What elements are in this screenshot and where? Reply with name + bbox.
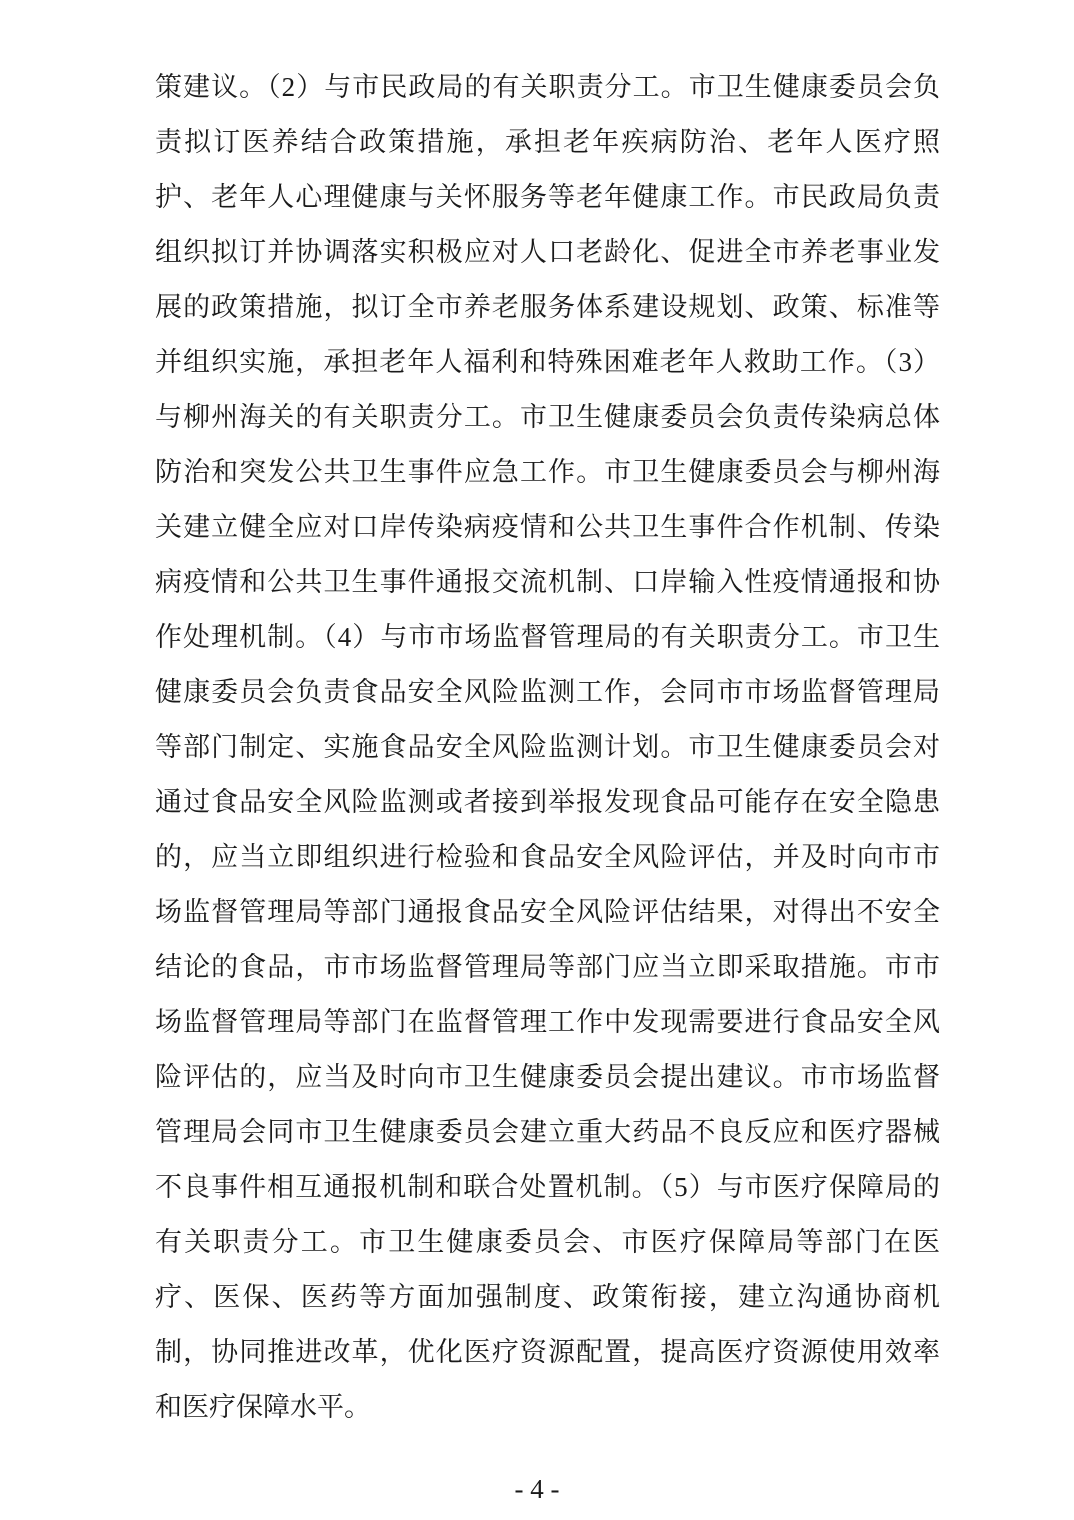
body-text-line: 与柳州海关的有关职责分工。市卫生健康委员会负责传染病总体: [155, 390, 940, 445]
body-text-line: 组织拟订并协调落实积极应对人口老龄化、促进全市养老事业发: [155, 225, 940, 280]
body-text-line: 并组织实施，承担老年人福利和特殊困难老年人救助工作。（3）: [155, 335, 940, 390]
body-text-line: 的，应当立即组织进行检验和食品安全风险评估，并及时向市市: [155, 830, 940, 885]
body-text-line: 不良事件相互通报机制和联合处置机制。（5）与市医疗保障局的: [155, 1160, 940, 1215]
body-text-line: 展的政策措施，拟订全市养老服务体系建设规划、政策、标准等: [155, 280, 940, 335]
body-text-line: 责拟订医养结合政策措施，承担老年疾病防治、老年人医疗照: [155, 115, 940, 170]
body-text-line: 作处理机制。（4）与市市场监督管理局的有关职责分工。市卫生: [155, 610, 940, 665]
body-text-line: 和医疗保障水平。: [155, 1380, 940, 1435]
body-text-line: 健康委员会负责食品安全风险监测工作，会同市市场监督管理局: [155, 665, 940, 720]
document-page: { "doc": { "lines": [ "策建议。（2）与市民政局的有关职责…: [0, 0, 1074, 1520]
body-text-line: 疗、医保、医药等方面加强制度、政策衔接，建立沟通协商机: [155, 1270, 940, 1325]
body-text-line: 防治和突发公共卫生事件应急工作。市卫生健康委员会与柳州海: [155, 445, 940, 500]
body-text-line: 策建议。（2）与市民政局的有关职责分工。市卫生健康委员会负: [155, 60, 940, 115]
body-text-line: 护、老年人心理健康与关怀服务等老年健康工作。市民政局负责: [155, 170, 940, 225]
body-text-line: 管理局会同市卫生健康委员会建立重大药品不良反应和医疗器械: [155, 1105, 940, 1160]
body-text-line: 病疫情和公共卫生事件通报交流机制、口岸输入性疫情通报和协: [155, 555, 940, 610]
body-text-line: 险评估的，应当及时向市卫生健康委员会提出建议。市市场监督: [155, 1050, 940, 1105]
body-text-line: 场监督管理局等部门在监督管理工作中发现需要进行食品安全风: [155, 995, 940, 1050]
body-text-line: 结论的食品，市市场监督管理局等部门应当立即采取措施。市市: [155, 940, 940, 995]
page-number: - 4 -: [0, 1462, 1074, 1517]
body-text-line: 场监督管理局等部门通报食品安全风险评估结果，对得出不安全: [155, 885, 940, 940]
body-text-line: 等部门制定、实施食品安全风险监测计划。市卫生健康委员会对: [155, 720, 940, 775]
body-text-line: 制，协同推进改革，优化医疗资源配置，提高医疗资源使用效率: [155, 1325, 940, 1380]
document-body: 策建议。（2）与市民政局的有关职责分工。市卫生健康委员会负 责拟订医养结合政策措…: [155, 60, 940, 1435]
body-text-line: 通过食品安全风险监测或者接到举报发现食品可能存在安全隐患: [155, 775, 940, 830]
body-text-line: 关建立健全应对口岸传染病疫情和公共卫生事件合作机制、传染: [155, 500, 940, 555]
body-text-line: 有关职责分工。市卫生健康委员会、市医疗保障局等部门在医: [155, 1215, 940, 1270]
